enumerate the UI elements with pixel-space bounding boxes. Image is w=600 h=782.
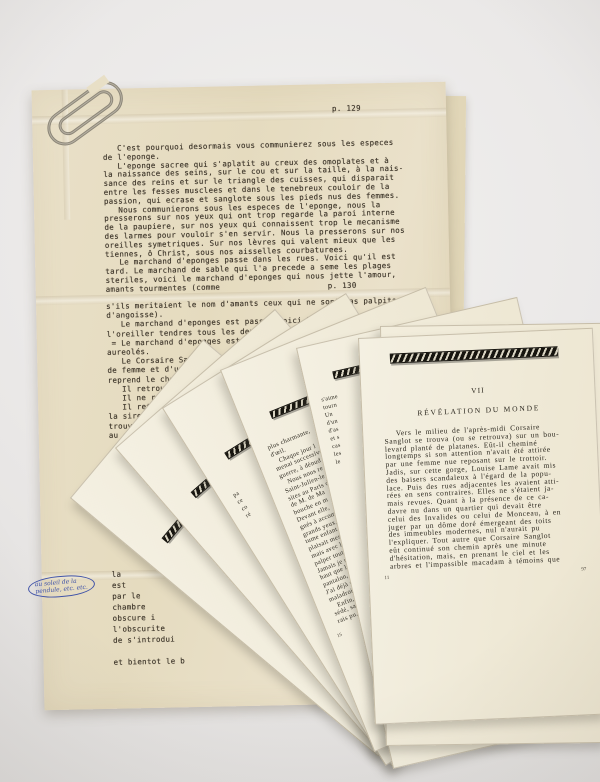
photograph-of-documents: p. 129 C'est pourquoi desormais vous com… bbox=[0, 0, 600, 782]
typed-page-number-130: p. 130 bbox=[328, 281, 357, 291]
chapter-title: RÉVÉLATION DU MONDE bbox=[362, 401, 595, 420]
page-number: 97 bbox=[581, 567, 586, 572]
signature-mark: 11 bbox=[384, 576, 389, 581]
typed-text-block-1: C'est pourquoi desormais vous communiere… bbox=[103, 139, 406, 295]
chapter-body-text: Vers le milieu de l'après-midi Corsaire … bbox=[384, 422, 582, 571]
leaf-page-number: 15 bbox=[337, 633, 344, 640]
typed-page-number-129: p. 129 bbox=[332, 104, 361, 114]
chapter-number: VII bbox=[361, 381, 594, 400]
page-text-fragment: pa ce co ré bbox=[232, 490, 254, 520]
page-text-fragment: s'aime tourn Un d'un d'as et s cas les l… bbox=[321, 393, 354, 467]
booklet-leaf-6: VII RÉVÉLATION DU MONDE Vers le milieu d… bbox=[358, 328, 600, 725]
ornament-band bbox=[390, 346, 558, 363]
